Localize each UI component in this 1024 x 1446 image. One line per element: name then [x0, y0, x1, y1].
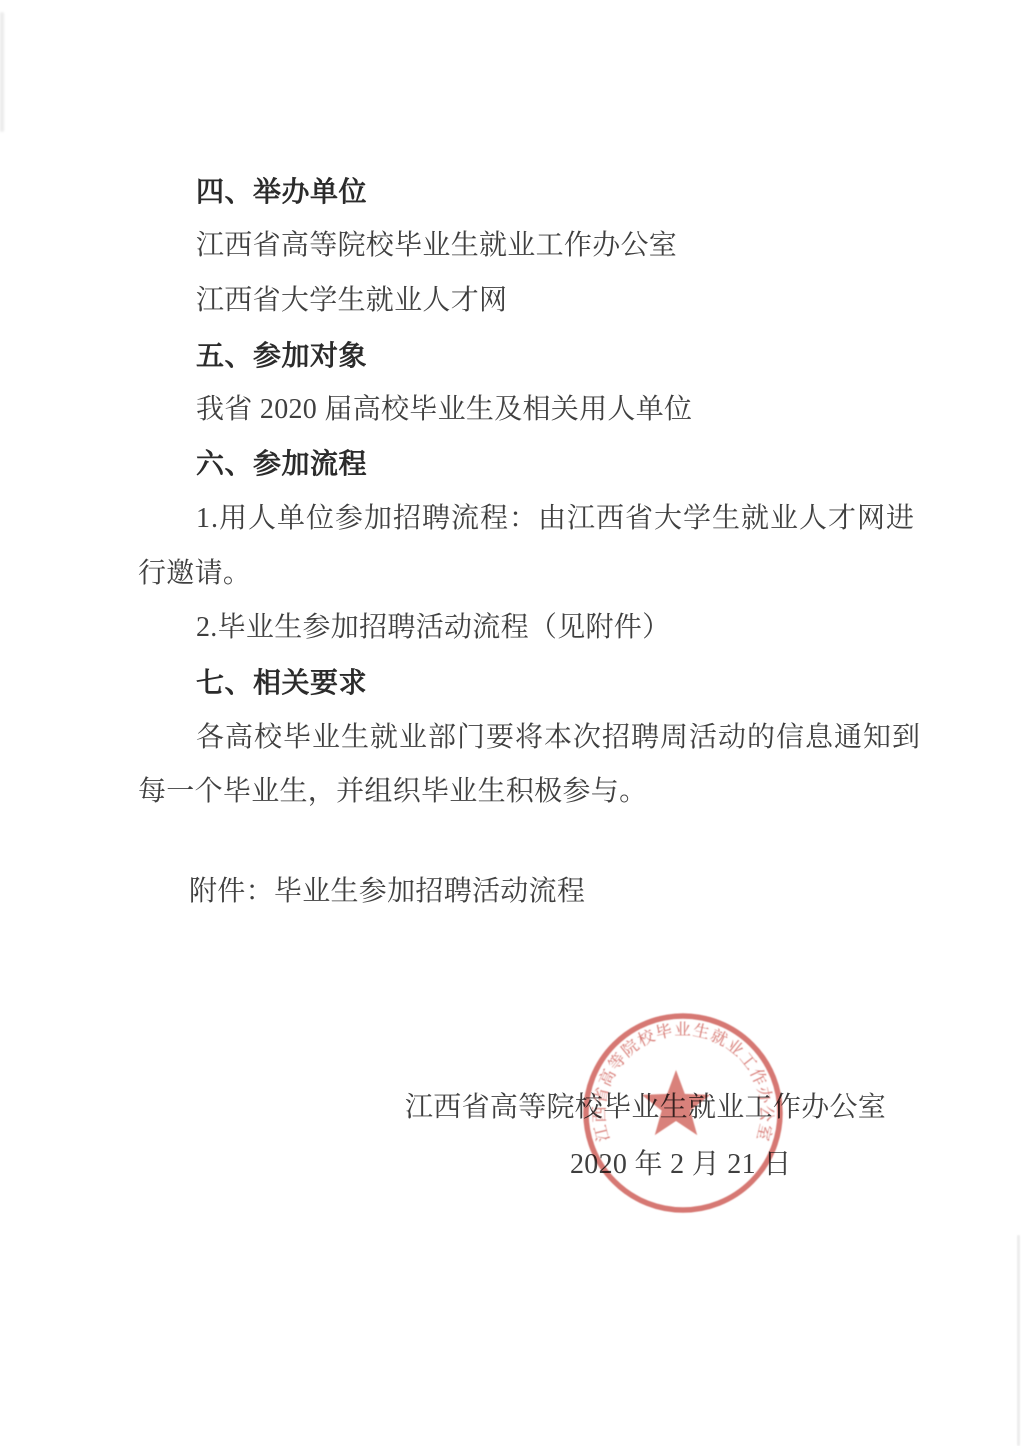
section-6-heading: 六、参加流程	[196, 447, 367, 481]
attachment-line: 附件：毕业生参加招聘活动流程	[189, 875, 585, 909]
process-item-2: 2.毕业生参加招聘活动流程（见附件）	[196, 611, 670, 645]
requirements-line-1: 各高校毕业生就业部门要将本次招聘周活动的信息通知到	[196, 721, 921, 755]
process-item-1-line-2: 行邀请。	[138, 557, 251, 591]
requirements-line-2: 每一个毕业生，并组织毕业生积极参与。	[138, 775, 647, 809]
participants-line: 我省 2020 届高校毕业生及相关用人单位	[196, 393, 692, 427]
section-5-heading: 五、参加对象	[196, 339, 367, 373]
seal-star-icon	[642, 1070, 710, 1135]
organizer-line-1: 江西省高等院校毕业生就业工作办公室	[196, 229, 677, 263]
scan-edge-artifact	[0, 12, 4, 132]
scan-edge-artifact	[1017, 1235, 1020, 1446]
process-item-1-line-1: 1.用人单位参加招聘流程：由江西省大学生就业人才网进	[196, 502, 915, 536]
organizer-line-2: 江西省大学生就业人才网	[196, 284, 507, 318]
section-7-heading: 七、相关要求	[196, 666, 367, 700]
document-page: 四、举办单位 江西省高等院校毕业生就业工作办公室 江西省大学生就业人才网 五、参…	[0, 0, 1024, 1446]
official-seal: 江西省高等院校毕业生就业工作办公室	[577, 1007, 789, 1219]
section-4-heading: 四、举办单位	[196, 175, 367, 209]
